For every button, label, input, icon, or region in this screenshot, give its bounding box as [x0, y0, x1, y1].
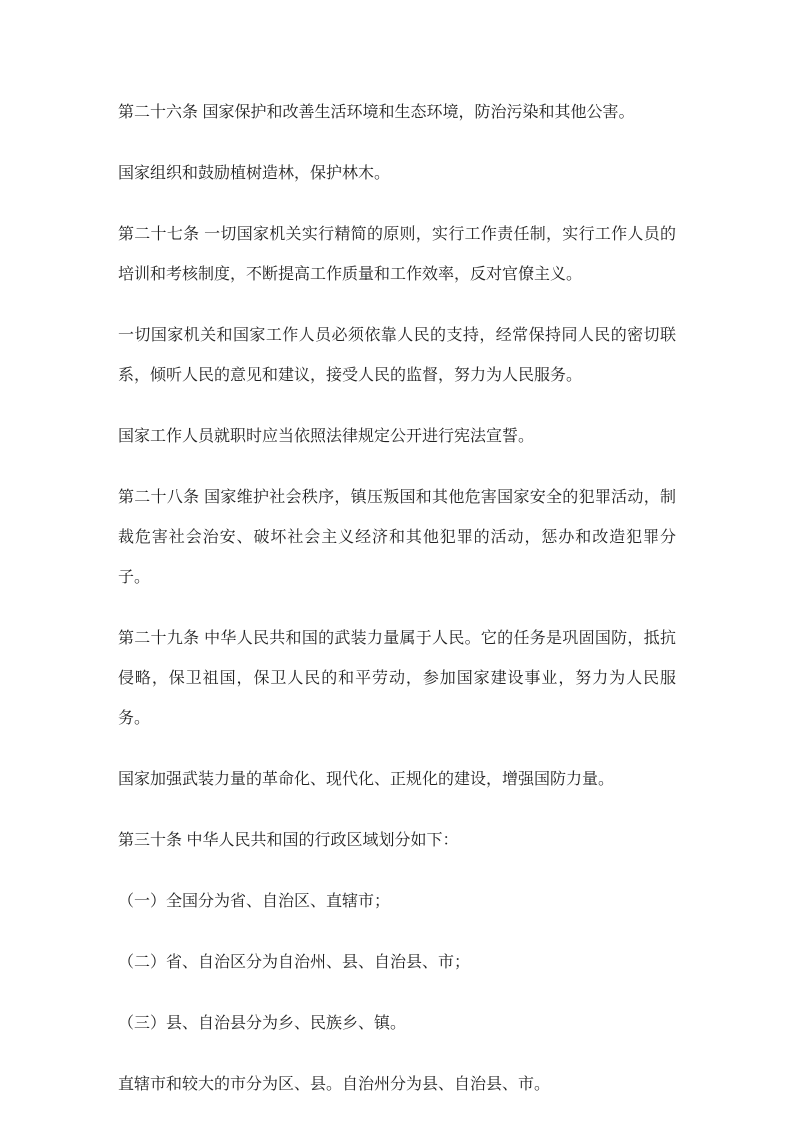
paragraph-article-28: 第二十八条 国家维护社会秩序，镇压叛国和其他危害国家安全的犯罪活动，制裁危害社会…: [118, 478, 676, 598]
paragraph-article-26-cont: 国家组织和鼓励植树造林，保护林木。: [118, 154, 676, 194]
paragraph-article-30-cont: 直辖市和较大的市分为区、县。自治州分为县、自治县、市。: [118, 1065, 676, 1105]
paragraph-article-27-cont-2: 国家工作人员就职时应当依照法律规定公开进行宪法宣誓。: [118, 417, 676, 457]
document-page: 第二十六条 国家保护和改善生活环境和生态环境，防治污染和其他公害。 国家组织和鼓…: [0, 0, 793, 1122]
paragraph-article-27-cont-1: 一切国家机关和国家工作人员必须依靠人民的支持，经常保持同人民的密切联系，倾听人民…: [118, 316, 676, 396]
paragraph-article-30: 第三十条 中华人民共和国的行政区域划分如下：: [118, 821, 676, 861]
list-item-division-1: （一）全国分为省、自治区、直辖市；: [118, 882, 676, 922]
paragraph-article-26: 第二十六条 国家保护和改善生活环境和生态环境，防治污染和其他公害。: [118, 93, 676, 133]
paragraph-article-29-cont: 国家加强武装力量的革命化、现代化、正规化的建设，增强国防力量。: [118, 760, 676, 800]
paragraph-article-27: 第二十七条 一切国家机关实行精简的原则，实行工作责任制，实行工作人员的培训和考核…: [118, 215, 676, 295]
list-item-division-3: （三）县、自治县分为乡、民族乡、镇。: [118, 1004, 676, 1044]
paragraph-article-29: 第二十九条 中华人民共和国的武装力量属于人民。它的任务是巩固国防，抵抗侵略，保卫…: [118, 619, 676, 739]
list-item-division-2: （二）省、自治区分为自治州、县、自治县、市；: [118, 943, 676, 983]
